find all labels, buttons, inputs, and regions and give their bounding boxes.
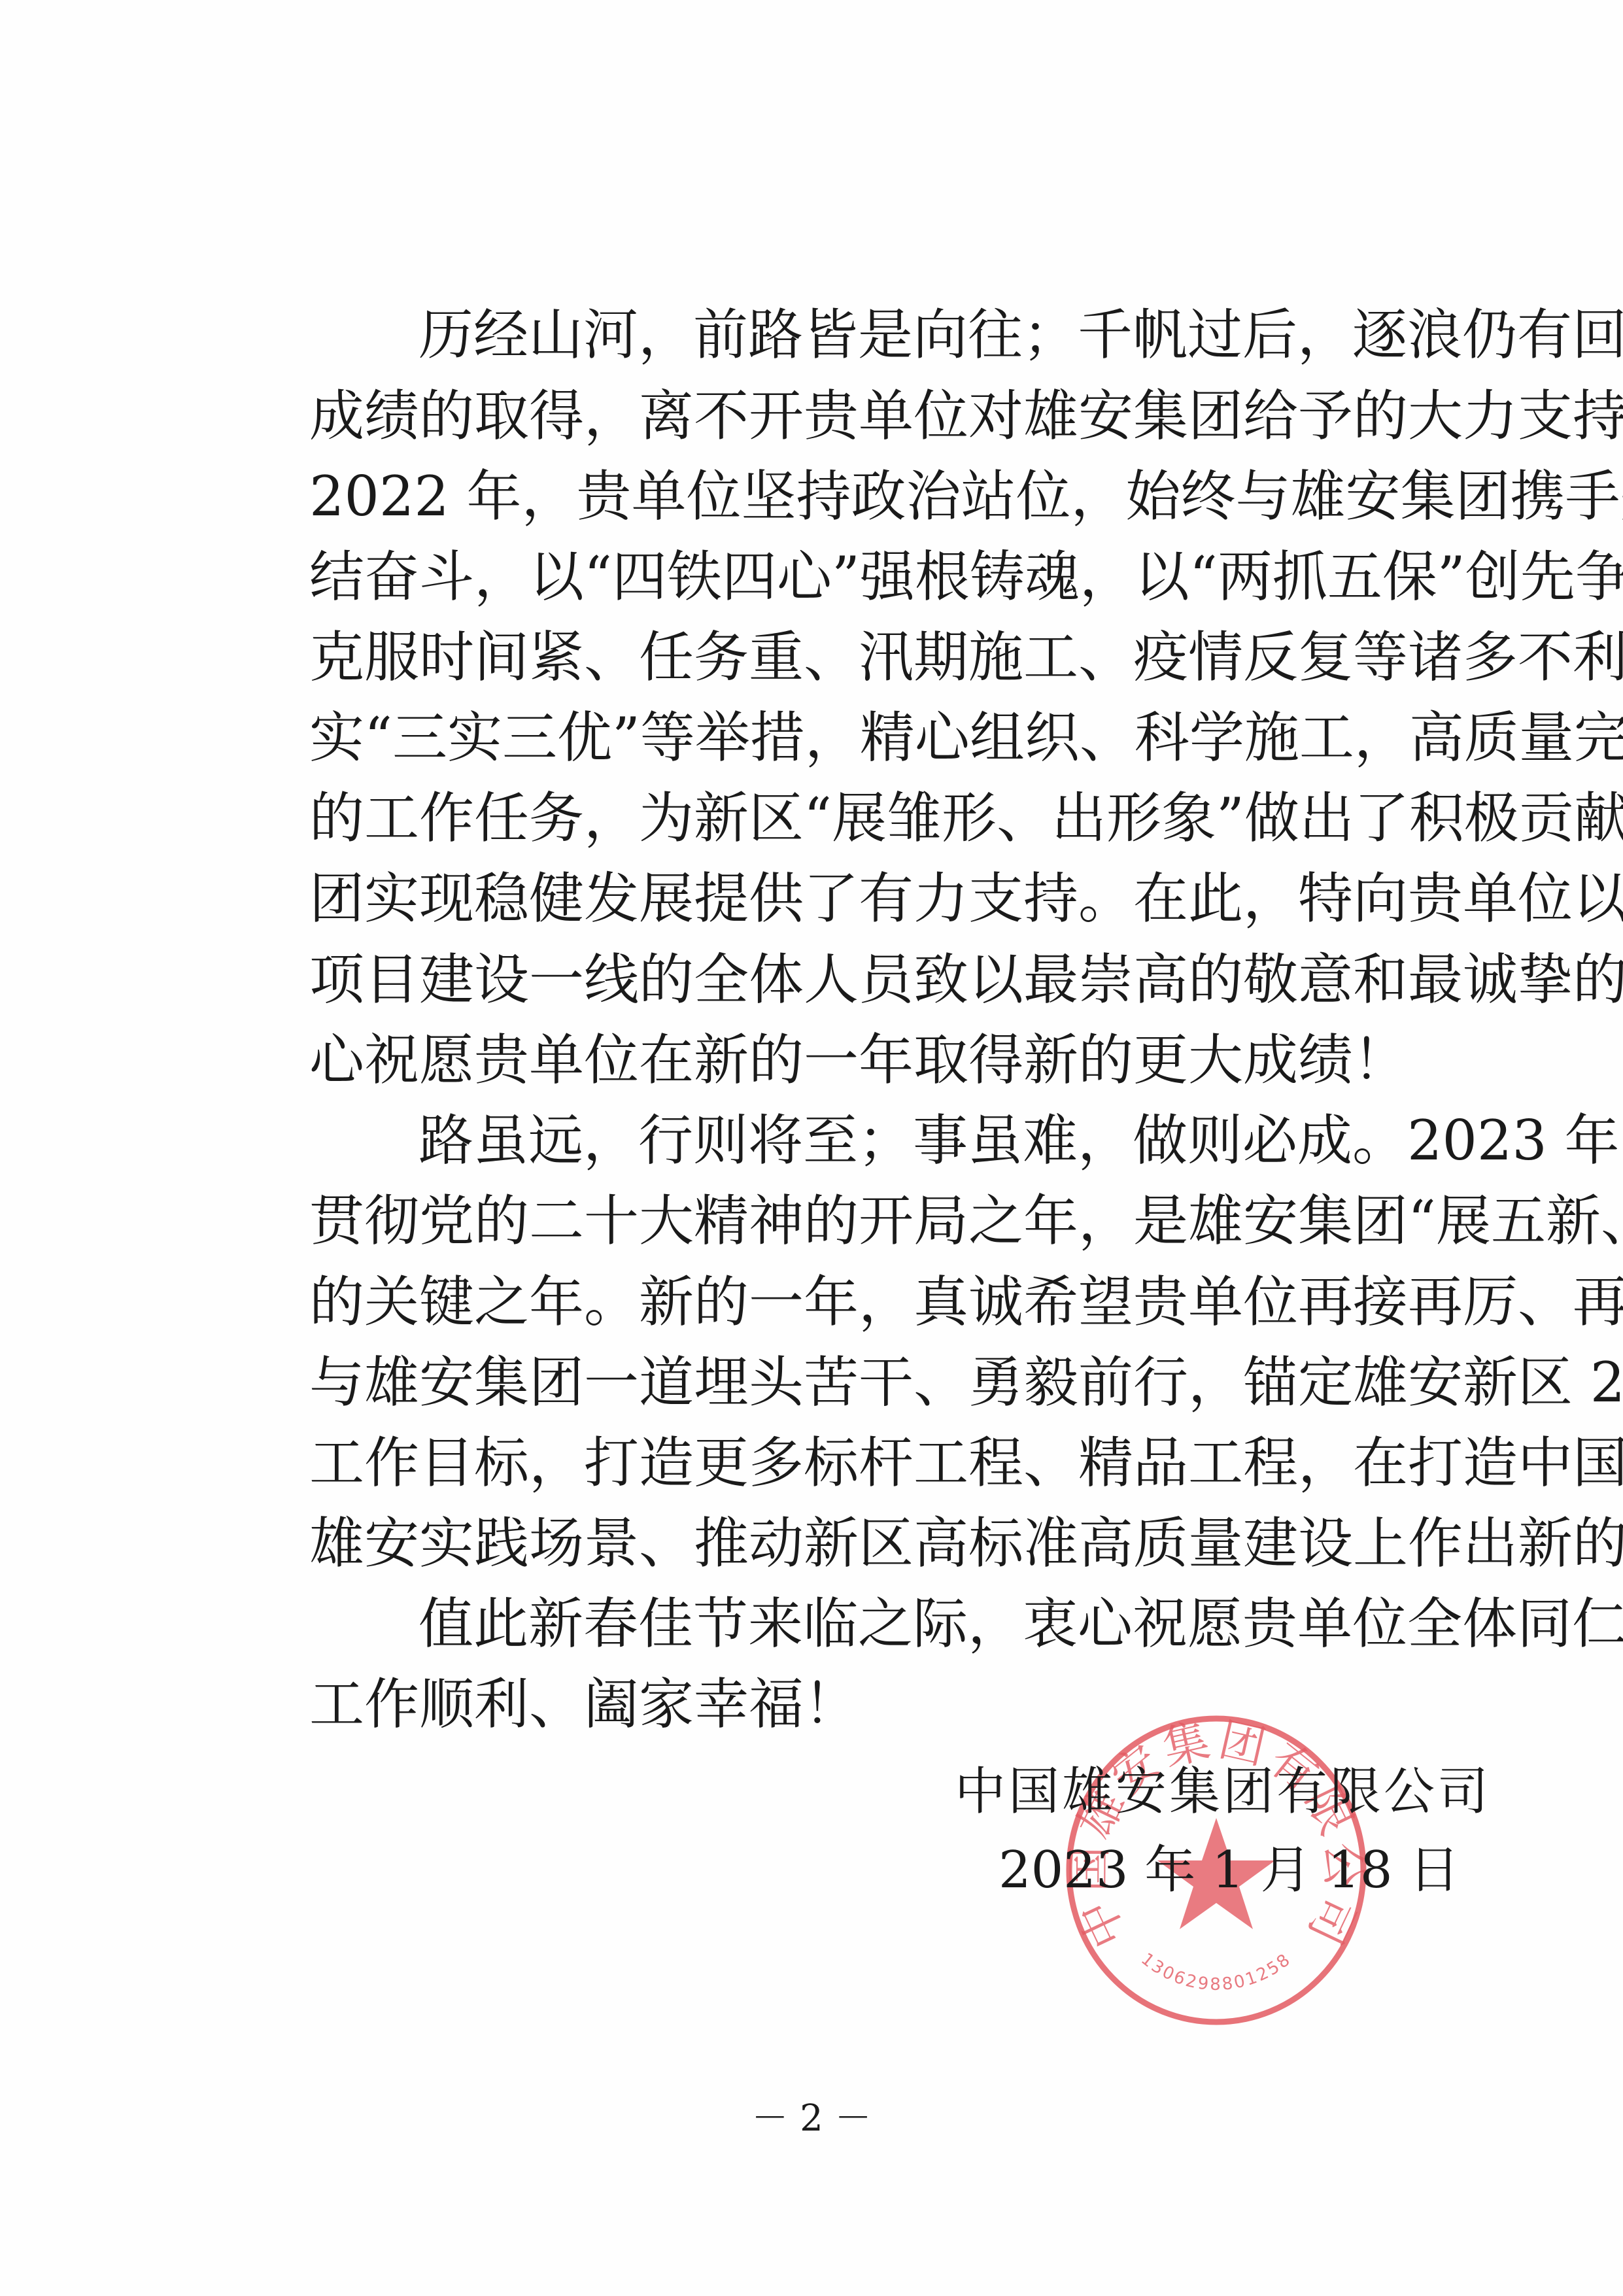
paragraph-1-line-5: 克服时间紧、任务重、汛期施工、疫情反复等诸多不利因素，落 <box>309 625 1421 690</box>
paragraph-1-line-6: 实“三实三优”等举措，精心组织、科学施工，高质量完成承担 <box>309 705 1421 770</box>
paragraph-1-line-2: 成绩的取得，离不开贵单位对雄安集团给予的大力支持和帮助。 <box>309 383 1421 449</box>
paragraph-1-line-4: 结奋斗，以“四铁四心”强根铸魂，以“两抓五保”创先争优， <box>309 544 1421 609</box>
signature-date: 2023 年 1 月 18 日 <box>999 1838 1460 1903</box>
paragraph-1-line-3: 2022 年，贵单位坚持政治站位，始终与雄安集团携手并肩、团 <box>309 464 1421 529</box>
page-number: － 2 － <box>0 2093 1623 2145</box>
svg-text:1306298801258: 1306298801258 <box>1137 1949 1295 1995</box>
document-page: 历经山河，前路皆是向往；千帆过后，逐浪仍有回响。这些 成绩的取得，离不开贵单位对… <box>0 0 1623 2296</box>
paragraph-3-line-1: 值此新春佳节来临之际，衷心祝愿贵单位全体同仁新春快乐、 <box>419 1591 1421 1656</box>
paragraph-2-line-4: 与雄安集团一道埋头苦干、勇毅前行，锚定雄安新区 2023 年底 <box>309 1350 1421 1415</box>
paragraph-1-line-8: 团实现稳健发展提供了有力支持。在此，特向贵单位以及奋战在 <box>309 866 1421 931</box>
paragraph-1-line-9: 项目建设一线的全体人员致以最崇高的敬意和最诚挚的感谢！衷 <box>309 947 1421 1012</box>
paragraph-2-line-2: 贯彻党的二十大精神的开局之年，是雄安集团“展五新、促聚变” <box>309 1188 1421 1254</box>
paragraph-1-line-7: 的工作任务，为新区“展雏形、出形象”做出了积极贡献，为集 <box>309 785 1421 851</box>
paragraph-1-line-10: 心祝愿贵单位在新的一年取得新的更大成绩！ <box>309 1027 1421 1093</box>
paragraph-2-line-1: 路虽远，行则将至；事虽难，做则必成。2023 年，是全面 <box>419 1108 1421 1173</box>
paragraph-1-line-1: 历经山河，前路皆是向往；千帆过后，逐浪仍有回响。这些 <box>419 302 1421 368</box>
signature-company: 中国雄安集团有限公司 <box>955 1759 1491 1825</box>
paragraph-2-line-3: 的关键之年。新的一年，真诚希望贵单位再接再厉、再创佳绩， <box>309 1269 1421 1335</box>
paragraph-2-line-5: 工作目标，打造更多标杆工程、精品工程，在打造中国式现代化 <box>309 1430 1421 1496</box>
paragraph-2-line-6: 雄安实践场景、推动新区高标准高质量建设上作出新的更大贡献！ <box>309 1511 1421 1576</box>
